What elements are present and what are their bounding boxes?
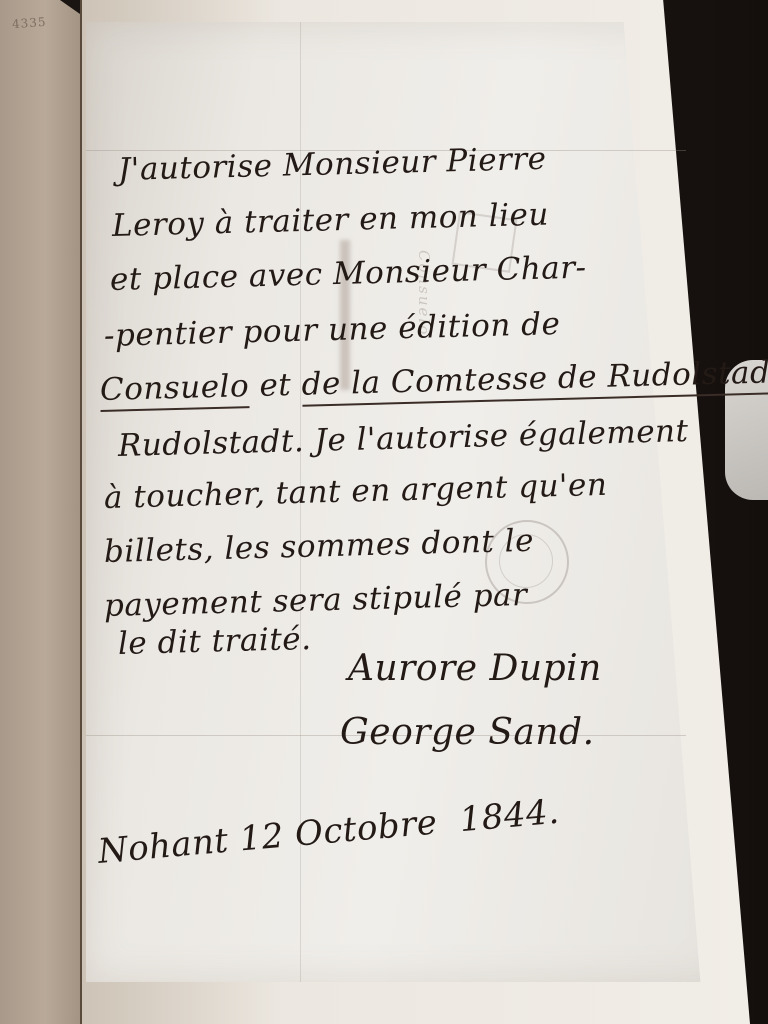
- book-gutter: [80, 0, 82, 1024]
- open-book: 4335 Consuelo J'autorise Monsieur Pierre…: [0, 0, 760, 1024]
- left-page: [0, 0, 82, 1024]
- title-consuelo: Consuelo: [100, 368, 250, 412]
- signature-aurore-dupin: Aurore Dupin: [348, 648, 602, 689]
- pencil-note: 4335: [12, 15, 47, 31]
- day: 12: [238, 816, 286, 860]
- conjunction: et: [259, 367, 302, 404]
- letter-line-10: le dit traité.: [118, 621, 312, 662]
- signature-george-sand: George Sand.: [340, 712, 595, 753]
